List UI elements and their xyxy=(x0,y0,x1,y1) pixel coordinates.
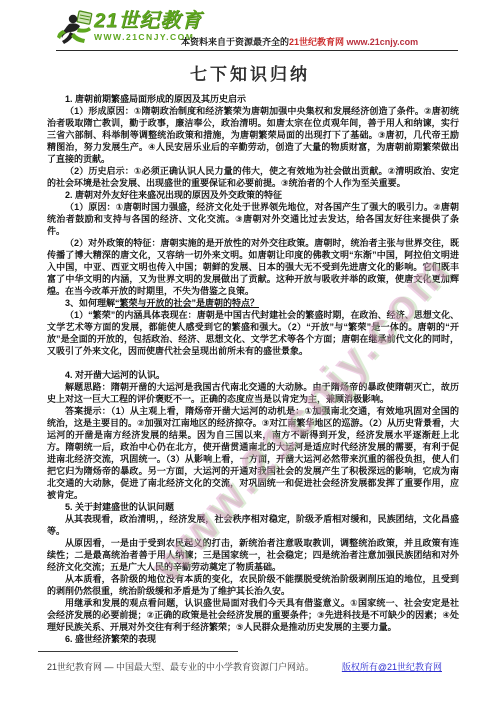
section-paragraph: 从原因看，一是由于受到农民起义的打击，新统治者注意吸取教训，调整统治政策，并且政… xyxy=(47,537,459,573)
tagline-prefix: 本资料来自于资源最齐全的 xyxy=(181,37,289,47)
section-heading: 2. 唐朝对外友好往来盛况出现的原因及外交政策的特征 xyxy=(47,189,459,201)
section-heading: 1. 唐朝前期繁盛局面形成的原因及其历史启示 xyxy=(47,93,459,105)
footer-text: 21世纪教育网 — 中国最大型、最专业的中小学教育资源门户网站。 xyxy=(47,660,314,673)
section-heading: 6. 盛世经济繁荣的表现 xyxy=(47,633,459,645)
section-paragraph: （2）历史启示：①必须正确认识人民力量的伟大，使之有效地为社会做出贡献。②清明政… xyxy=(47,165,459,189)
heading-underlined-text: “繁荣与开放的社会”是唐朝的特点？ xyxy=(115,298,259,308)
section-paragraph: 答案提示：（1）从主观上看，隋炀帝开凿大运河的动机是：①加强南北交通，有效地巩固… xyxy=(47,405,459,501)
section-paragraph: 从本质看，各阶级的地位没有本质的变化，农民阶级不能摆脱受统治阶级剥削压迫的地位，… xyxy=(47,573,459,597)
section-paragraph: 用继承和发展的观点看问题，认识盛世局面对我们今天具有借鉴意义。①国家统一、社会安… xyxy=(47,597,459,633)
section-paragraph: （1）原因：①唐朝时国力强盛，经济文化处于世界领先地位，对各国产生了强大的吸引力… xyxy=(47,201,459,237)
footer-divider xyxy=(38,651,238,652)
section-heading: 5. 关于封建盛世的认识问题 xyxy=(47,501,459,513)
section-paragraph: 从其表现看，政治清明，，经济发展，社会秩序相对稳定，阶级矛盾相对缓和，民族团结，… xyxy=(47,513,459,537)
page-footer: 21世纪教育网 — 中国最大型、最专业的中小学教育资源门户网站。 版权所有@21… xyxy=(47,660,460,673)
section-paragraph: （2）对外政策的特征：唐朝实施的是开放性的对外交往政策。唐朝时，统治者主张与世界… xyxy=(47,237,459,297)
heading-text: 3、如何理解 xyxy=(65,298,115,308)
section-heading: 4. 对开凿大运河的认识。 xyxy=(47,369,459,381)
section-paragraph: （1）形成原因：①隋朝政治制度和经济繁荣为唐朝加强中央集权和发展经济创造了条件。… xyxy=(47,105,459,165)
tagline-site-name: 21世纪教育网 xyxy=(289,37,344,47)
tagline-url-link[interactable]: www.21cnjy.com xyxy=(347,37,419,47)
header-divider xyxy=(56,50,458,51)
header-tagline: 本资料来自于资源最齐全的21世纪教育网 www.21cnjy.com xyxy=(181,35,418,48)
section-paragraph: 解题思路：隋朝开凿的大运河是我国古代南北交通的大动脉。由于隋炀帝的暴政使隋朝灭亡… xyxy=(47,381,459,405)
page-title: 七下知识归纳 xyxy=(0,60,500,85)
document-body: 1. 唐朝前期繁盛局面形成的原因及其历史启示 （1）形成原因：①隋朝政治制度和经… xyxy=(47,93,459,645)
page-header: 21世纪教育 www.21cnjy.com 本资料来自于资源最齐全的21世纪教育… xyxy=(56,8,458,52)
copyright-link[interactable]: 版权所有@21世纪教育网 xyxy=(342,660,442,673)
section-heading: 3、如何理解“繁荣与开放的社会”是唐朝的特点？ xyxy=(47,297,459,309)
brand-name: 21世纪教育 xyxy=(94,10,202,32)
section-paragraph: （1）“繁荣”的内涵具体表现在：唐朝是中国古代封建社会的繁盛时期，在政治、经济、… xyxy=(47,309,459,357)
document-page: 21世纪教育 www.21cnjy.com 本资料来自于资源最齐全的21世纪教育… xyxy=(0,0,500,707)
